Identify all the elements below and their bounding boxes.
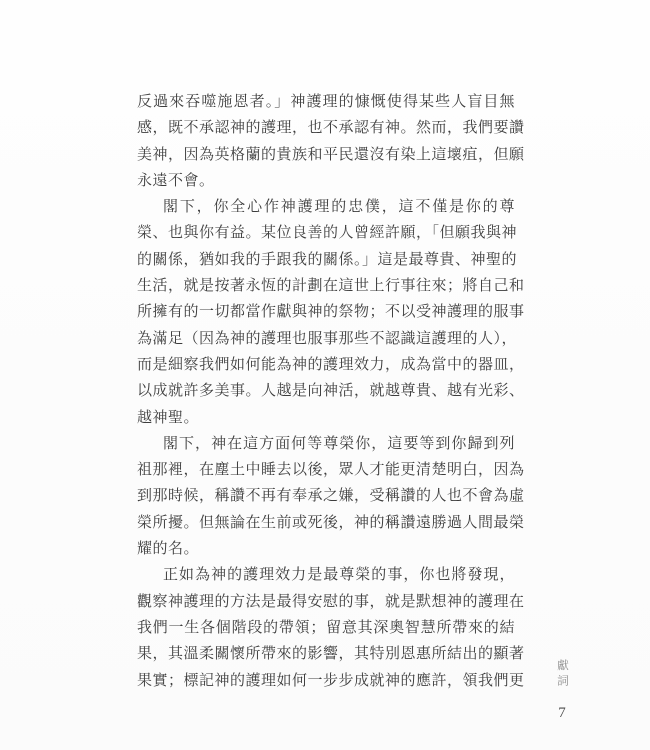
text-line: 果，其溫柔關懷所帶來的影響，其特別恩惠所結出的顯著	[137, 641, 515, 667]
text-line: 觀察神護理的方法是最得安慰的事，就是默想神的護理在	[137, 589, 515, 615]
page-number: 7	[552, 705, 572, 722]
text-line: 永遠不會。	[137, 168, 515, 194]
text-line: 美神，因為英格蘭的貴族和平民還沒有染上這壞疽，但願	[137, 142, 515, 168]
text-line: 到那時候，稱讚不再有奉承之嫌，受稱讚的人也不會為虛	[137, 483, 515, 509]
text-line: 榮所擾。但無論在生前或死後，神的稱讚遠勝過人間最榮	[137, 510, 515, 536]
text-line: 以成就許多美事。人越是向神活，就越尊貴、越有光彩、	[137, 378, 515, 404]
text-line: 祖那裡，在塵土中睡去以後，眾人才能更清楚明白，因為	[137, 457, 515, 483]
text-line: 所擁有的一切都當作獻與神的祭物；不以受神護理的服事	[137, 299, 515, 325]
text-line: 我們一生各個階段的帶領；留意其深奧智慧所帶來的結	[137, 615, 515, 641]
text-line: 果實；標記神的護理如何一步步成就神的應許，領我們更	[137, 668, 515, 694]
text-line: 閣下，神在這方面何等尊榮你，這要等到你歸到列	[137, 431, 515, 457]
scanned-book-page: 反過來吞噬施恩者。」神護理的慷慨使得某些人盲目無感，既不承認神的護理，也不承認有…	[0, 0, 650, 750]
text-line: 為滿足（因為神的護理也服事那些不認識這護理的人），	[137, 326, 515, 352]
body-text-block: 反過來吞噬施恩者。」神護理的慷慨使得某些人盲目無感，既不承認神的護理，也不承認有…	[137, 89, 515, 694]
text-line: 生活，就是按著永恆的計劃在這世上行事往來；將自己和	[137, 273, 515, 299]
text-line: 榮、也與你有益。某位良善的人曾經許願，「但願我與神	[137, 220, 515, 246]
text-line: 閣下，你全心作神護理的忠僕，這不僅是你的尊	[137, 194, 515, 220]
text-line: 耀的名。	[137, 536, 515, 562]
text-line: 越神聖。	[137, 405, 515, 431]
text-line: 而是細察我們如何能為神的護理效力，成為當中的器皿，	[137, 352, 515, 378]
margin-label-dedication: 獻詞	[554, 659, 570, 690]
text-line: 反過來吞噬施恩者。」神護理的慷慨使得某些人盲目無	[137, 89, 515, 115]
text-line: 的關係，猶如我的手跟我的關係。」這是最尊貴、神聖的	[137, 247, 515, 273]
text-line: 感，既不承認神的護理，也不承認有神。然而，我們要讚	[137, 115, 515, 141]
text-line: 正如為神的護理效力是最尊榮的事，你也將發現，	[137, 562, 515, 588]
